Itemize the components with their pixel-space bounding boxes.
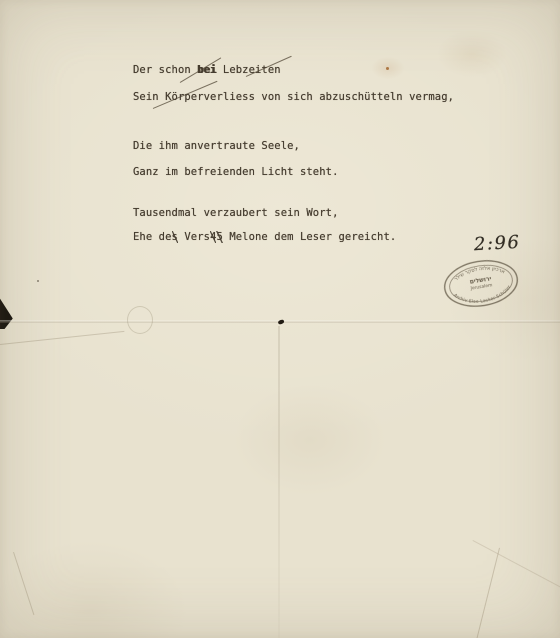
paper-crease [0,331,124,345]
poem-text: Ehe de [133,231,172,243]
poem-line-5: Tausendmal verzaubert sein Wort, [133,207,339,219]
ink-speck [278,319,285,324]
page-tear-mark [0,296,15,329]
fold-crease-vertical [278,326,280,638]
paper-crease [13,552,34,615]
poem-text: Der schon [133,64,197,76]
poem-line-4: Ganz im befreienden Licht steht. [133,166,339,178]
paper-stain-ring [127,306,153,334]
poem-line-3: Die ihm anvertraute Seele, [133,140,300,152]
paper-crease [473,540,560,593]
ink-speck [37,280,39,282]
poem-line-6: Ehe des Vers45 Melone dem Leser gereicht… [133,231,396,243]
archive-stamp: ארכיון אלזה לסקר שילר ירושלים Jerusalem … [438,252,523,315]
paper-crease [476,548,500,638]
rust-speck [386,67,389,70]
scanned-page: Der schon bei Lebzeiten Sein Körperverli… [0,0,560,638]
poem-text: Vers [178,231,210,243]
poem-text: Melone dem Leser gereicht. [223,231,396,243]
